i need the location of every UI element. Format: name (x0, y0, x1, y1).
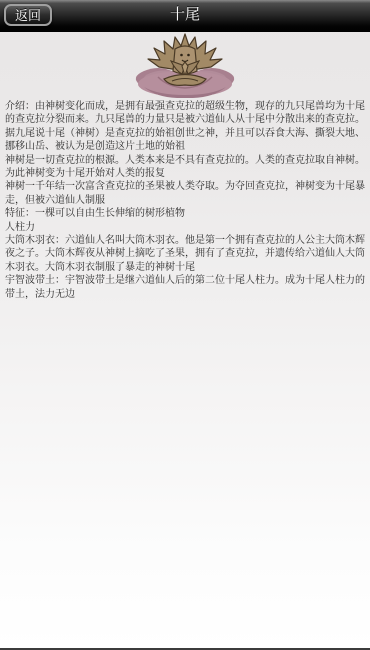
ten-tails-lotus-icon (128, 33, 242, 98)
app-screen: 返回 十尾 (0, 0, 370, 650)
paragraph-god-tree: 神树是一切查克拉的根源。人类本来是不具有查克拉的。人类的查克拉取自神树。为此神树… (5, 154, 365, 181)
paragraph-traits: 特征：一棵可以自由生长伸缩的树形植物 (5, 207, 365, 220)
article-body: 介绍：由神树变化而成，是拥有最强查克拉的超级生物，现存的九只尾兽均为十尾的查克拉… (0, 99, 370, 301)
back-button[interactable]: 返回 (4, 4, 52, 26)
page-title: 十尾 (0, 0, 370, 32)
paragraph-obito: 宇智波带土：宇智波带土是继六道仙人后的第二位十尾人柱力。成为十尾人柱力的带土，法… (5, 274, 365, 301)
paragraph-jinchuriki-heading: 人柱力 (5, 221, 365, 234)
paragraph-intro: 介绍：由神树变化而成，是拥有最强查克拉的超级生物，现存的九只尾兽均为十尾的查克拉… (5, 100, 365, 154)
paragraph-hagoromo: 大筒木羽衣：六道仙人名叫大筒木羽衣。他是第一个拥有查克拉的人公主大筒木辉夜之子。… (5, 234, 365, 274)
ten-tails-image (0, 32, 370, 99)
paragraph-sacred-fruit: 神树一千年结一次富含查克拉的圣果被人类夺取。为夺回查克拉，神树变为十尾暴走，但被… (5, 180, 365, 207)
nav-bar: 返回 十尾 (0, 0, 370, 32)
